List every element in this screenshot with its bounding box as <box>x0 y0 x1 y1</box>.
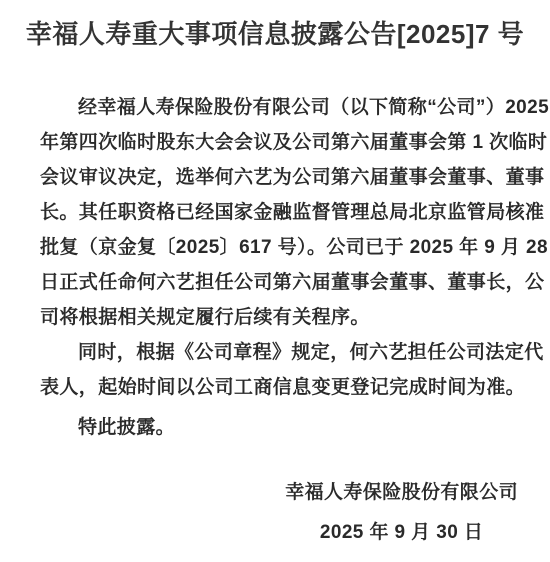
signature-company: 幸福人寿保险股份有限公司 <box>285 475 518 510</box>
signature-block: 幸福人寿保险股份有限公司 2025 年 9 月 30 日 <box>285 475 518 550</box>
document-body: 经幸福人寿保险股份有限公司（以下简称“公司”）2025 年第四次临时股东大会会议… <box>0 90 550 445</box>
body-line: 会议审议决定，选举何六艺为公司第六届董事会董事、董事 <box>40 160 508 195</box>
document-title: 幸福人寿重大事项信息披露公告[2025]7 号 <box>0 18 550 50</box>
body-line: 批复（京金复〔2025〕617 号）。公司已于 2025 年 9 月 28 <box>40 230 508 265</box>
body-line: 长。其任职资格已经国家金融监督管理总局北京监管局核准 <box>40 195 508 230</box>
body-line: 司将根据相关规定履行后续有关程序。 <box>40 300 508 335</box>
body-line: 表人，起始时间以公司工商信息变更登记完成时间为准。 <box>40 370 508 405</box>
body-line: 同时，根据《公司章程》规定，何六艺担任公司法定代 <box>40 335 508 370</box>
body-line: 经幸福人寿保险股份有限公司（以下简称“公司”）2025 <box>40 90 508 125</box>
body-line: 日正式任命何六艺担任公司第六届董事会董事、董事长，公 <box>40 265 508 300</box>
closing-line: 特此披露。 <box>40 410 508 445</box>
signature-date: 2025 年 9 月 30 日 <box>285 515 518 550</box>
body-line: 年第四次临时股东大会会议及公司第六届董事会第 1 次临时 <box>40 125 508 160</box>
announcement-page: 幸福人寿重大事项信息披露公告[2025]7 号 经幸福人寿保险股份有限公司（以下… <box>0 0 550 562</box>
